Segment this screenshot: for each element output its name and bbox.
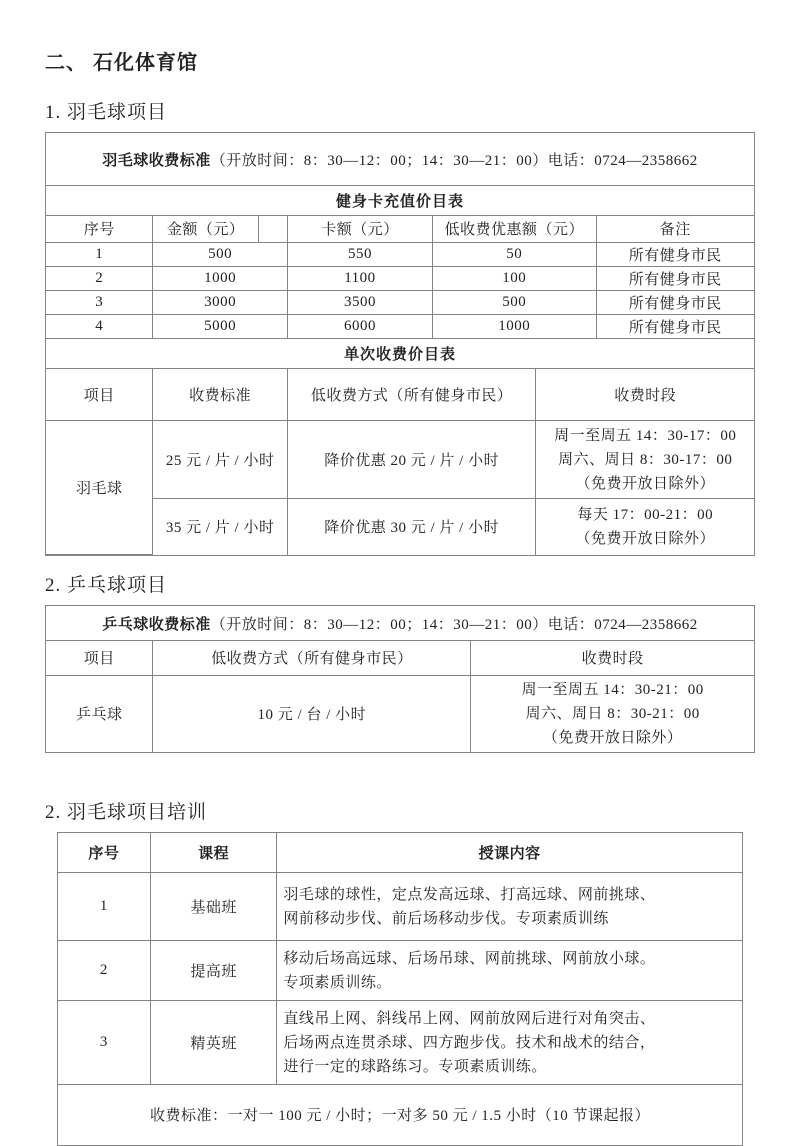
cell-no: 4 (46, 314, 153, 338)
pingpong-header-rest: （开放时间：8：30—12：00；14：30—21：00）电话：0724—235… (211, 613, 698, 634)
cell-discount: 1000 (433, 314, 597, 338)
cell-card-amount: 6000 (287, 314, 432, 338)
table-row: 2 提高班 移动后场高远球、后场吊球、网前挑球、网前放小球。 专项素质训练。 (58, 941, 742, 1001)
col-header-no: 序号 (46, 216, 153, 242)
table-header-row: 序号 课程 授课内容 (58, 833, 742, 873)
cell-no: 3 (46, 290, 153, 314)
pingpong-header-bold: 乒乓球收费标准 (102, 613, 211, 634)
cell-item: 羽毛球 (46, 421, 153, 555)
cell-no: 1 (58, 873, 150, 941)
table-row: 羽毛球 25 元 / 片 / 小时 降价优惠 20 元 / 片 / 小时 周一至… (46, 421, 754, 499)
table-row: 1 500 550 50 所有健身市民 (46, 242, 754, 266)
content-line: 网前移动步伐、前后场移动步伐。专项素质训练 (283, 907, 738, 931)
cell-time: 每天 17：00-21：00 （免费开放日除外） (536, 499, 754, 555)
cell-amount: 1000 (153, 266, 288, 290)
pingpong-fee-table: 乒乓球收费标准（开放时间：8：30—12：00；14：30—21：00）电话：0… (45, 605, 755, 753)
table-row: 3 3000 3500 500 所有健身市民 (46, 290, 754, 314)
table-header-row: 项目 低收费方式（所有健身市民） 收费时段 (46, 641, 754, 675)
col-header-item: 项目 (46, 641, 153, 675)
cell-content: 移动后场高远球、后场吊球、网前挑球、网前放小球。 专项素质训练。 (277, 941, 742, 1001)
spacer (45, 753, 755, 797)
pingpong-table-header: 乒乓球收费标准（开放时间：8：30—12：00；14：30—21：00）电话：0… (46, 606, 754, 641)
col-header-discount-method: 低收费方式（所有健身市民） (153, 641, 471, 675)
badminton-fee-table: 羽毛球收费标准（开放时间：8：30—12：00；14：30—21：00）电话：0… (45, 132, 755, 556)
pingpong-price-table: 项目 低收费方式（所有健身市民） 收费时段 乒乓球 10 元 / 台 / 小时 … (46, 641, 754, 752)
time-line: （免费开放日除外） (540, 472, 750, 496)
time-line: （免费开放日除外） (540, 527, 750, 551)
content-line: 羽毛球的球性，定点发高远球、打高远球、网前挑球、 (283, 883, 738, 907)
col-header-content: 授课内容 (277, 833, 742, 873)
cell-discount-method: 降价优惠 20 元 / 片 / 小时 (287, 421, 536, 499)
subsection-title-training: 2. 羽毛球项目培训 (45, 797, 755, 824)
cell-no: 1 (46, 242, 153, 266)
col-header-amount: 金额（元） (153, 216, 258, 242)
table-row: 4 5000 6000 1000 所有健身市民 (46, 314, 754, 338)
training-fee-note: 收费标准：一对一 100 元 / 小时；一对多 50 元 / 1.5 小时（10… (58, 1085, 742, 1145)
content-line: 后场两点连贯杀球、四方跑步伐。技术和战术的结合， (283, 1031, 738, 1055)
training-course-table: 序号 课程 授课内容 1 基础班 羽毛球的球性，定点发高远球、打高远球、网前挑球… (58, 833, 742, 1145)
recharge-table-title: 健身卡充值价目表 (46, 186, 754, 216)
table-row: 收费标准：一对一 100 元 / 小时；一对多 50 元 / 1.5 小时（10… (58, 1085, 742, 1145)
col-header-card-amount: 卡额（元） (287, 216, 432, 242)
cell-amount: 5000 (153, 314, 288, 338)
cell-content: 直线吊上网、斜线吊上网、网前放网后进行对角突击、 后场两点连贯杀球、四方跑步伐。… (277, 1001, 742, 1085)
content-line: 移动后场高远球、后场吊球、网前挑球、网前放小球。 (283, 947, 738, 971)
content-line: 直线吊上网、斜线吊上网、网前放网后进行对角突击、 (283, 1007, 738, 1031)
col-header-item: 项目 (46, 369, 153, 421)
time-line: （免费开放日除外） (475, 726, 750, 750)
time-line: 周六、周日 8：30-17：00 (540, 448, 750, 472)
badminton-header-bold: 羽毛球收费标准 (102, 149, 211, 170)
time-line: 周六、周日 8：30-21：00 (475, 702, 750, 726)
cell-no: 2 (58, 941, 150, 1001)
cell-remark: 所有健身市民 (596, 314, 754, 338)
cell-item: 乒乓球 (46, 675, 153, 752)
col-header-time: 收费时段 (471, 641, 754, 675)
cell-course: 精英班 (150, 1001, 277, 1085)
table-row: 35 元 / 片 / 小时 降价优惠 30 元 / 片 / 小时 每天 17：0… (46, 499, 754, 555)
col-header-discount-method: 低收费方式（所有健身市民） (287, 369, 536, 421)
table-header-row: 序号 金额（元） 卡额（元） 低收费优惠额（元） 备注 (46, 216, 754, 242)
single-session-table-title: 单次收费价目表 (46, 339, 754, 369)
cell-card-amount: 550 (287, 242, 432, 266)
content-line: 专项素质训练。 (283, 971, 738, 995)
cell-amount: 500 (153, 242, 288, 266)
cell-standard: 25 元 / 片 / 小时 (153, 421, 288, 499)
col-header-remark: 备注 (596, 216, 754, 242)
col-header-course: 课程 (150, 833, 277, 873)
cell-standard: 35 元 / 片 / 小时 (153, 499, 288, 555)
cell-remark: 所有健身市民 (596, 242, 754, 266)
col-header-time: 收费时段 (536, 369, 754, 421)
cell-course: 基础班 (150, 873, 277, 941)
content-line: 进行一定的球路练习。专项素质训练。 (283, 1055, 738, 1079)
spacer (45, 556, 755, 570)
subsection-title-badminton: 1. 羽毛球项目 (45, 97, 755, 124)
section-title: 二、 石化体育馆 (45, 46, 755, 75)
cell-no: 2 (46, 266, 153, 290)
cell-card-amount: 1100 (287, 266, 432, 290)
badminton-training-table: 序号 课程 授课内容 1 基础班 羽毛球的球性，定点发高远球、打高远球、网前挑球… (57, 832, 743, 1146)
cell-content: 羽毛球的球性，定点发高远球、打高远球、网前挑球、 网前移动步伐、前后场移动步伐。… (277, 873, 742, 941)
cell-time: 周一至周五 14：30-21：00 周六、周日 8：30-21：00 （免费开放… (471, 675, 754, 752)
time-line: 周一至周五 14：30-21：00 (475, 678, 750, 702)
col-header-discount: 低收费优惠额（元） (433, 216, 597, 242)
single-session-price-table: 项目 收费标准 低收费方式（所有健身市民） 收费时段 羽毛球 25 元 / 片 … (46, 369, 754, 556)
cell-discount: 50 (433, 242, 597, 266)
cell-discount-method: 降价优惠 30 元 / 片 / 小时 (287, 499, 536, 555)
cell-amount: 3000 (153, 290, 288, 314)
cell-remark: 所有健身市民 (596, 266, 754, 290)
col-header-no: 序号 (58, 833, 150, 873)
table-row: 1 基础班 羽毛球的球性，定点发高远球、打高远球、网前挑球、 网前移动步伐、前后… (58, 873, 742, 941)
table-row: 3 精英班 直线吊上网、斜线吊上网、网前放网后进行对角突击、 后场两点连贯杀球、… (58, 1001, 742, 1085)
subsection-title-pingpong: 2. 乒乓球项目 (45, 570, 755, 597)
cell-discount-method: 10 元 / 台 / 小时 (153, 675, 471, 752)
col-header-standard: 收费标准 (153, 369, 288, 421)
badminton-table-header: 羽毛球收费标准（开放时间：8：30—12：00；14：30—21：00）电话：0… (46, 133, 754, 186)
table-row: 乒乓球 10 元 / 台 / 小时 周一至周五 14：30-21：00 周六、周… (46, 675, 754, 752)
cell-no: 3 (58, 1001, 150, 1085)
cell-card-amount: 3500 (287, 290, 432, 314)
table-header-row: 项目 收费标准 低收费方式（所有健身市民） 收费时段 (46, 369, 754, 421)
empty-cell (258, 216, 287, 242)
cell-course: 提高班 (150, 941, 277, 1001)
time-line: 每天 17：00-21：00 (540, 503, 750, 527)
cell-discount: 100 (433, 266, 597, 290)
document-page: 二、 石化体育馆 1. 羽毛球项目 羽毛球收费标准（开放时间：8：30—12：0… (0, 0, 800, 1131)
badminton-header-rest: （开放时间：8：30—12：00；14：30—21：00）电话：0724—235… (211, 149, 698, 170)
cell-remark: 所有健身市民 (596, 290, 754, 314)
cell-time: 周一至周五 14：30-17：00 周六、周日 8：30-17：00 （免费开放… (536, 421, 754, 499)
time-line: 周一至周五 14：30-17：00 (540, 424, 750, 448)
table-row: 2 1000 1100 100 所有健身市民 (46, 266, 754, 290)
cell-discount: 500 (433, 290, 597, 314)
recharge-price-table: 序号 金额（元） 卡额（元） 低收费优惠额（元） 备注 1 500 550 50… (46, 216, 754, 339)
